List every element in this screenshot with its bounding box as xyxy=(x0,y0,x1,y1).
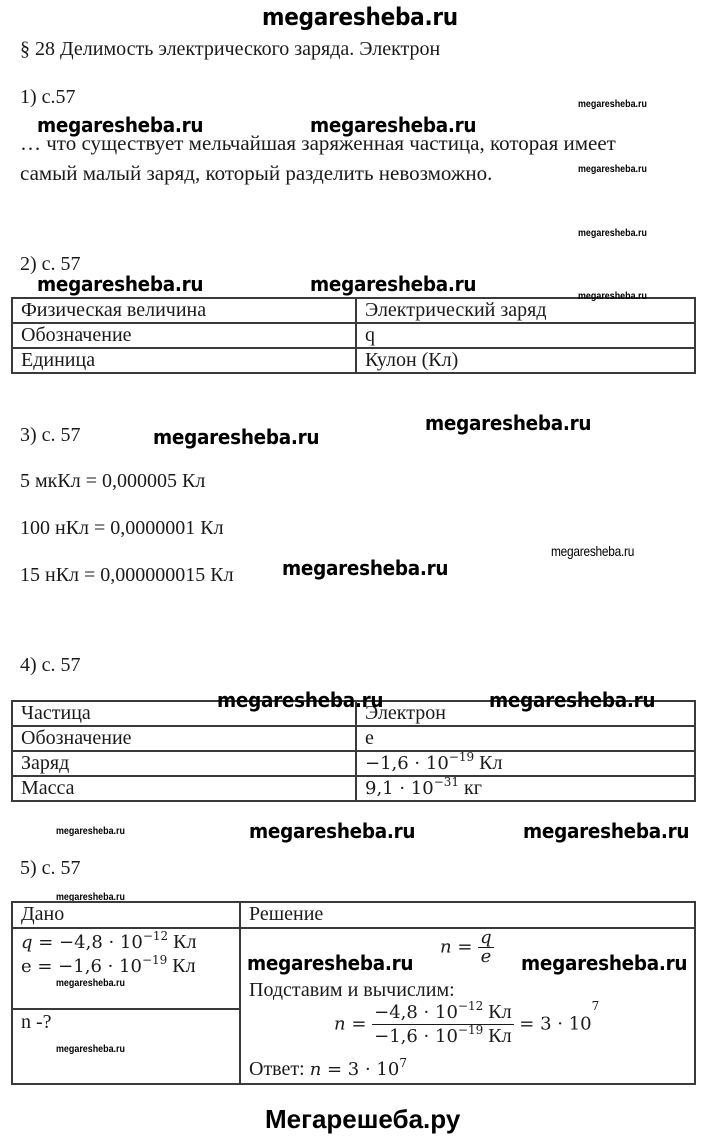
table-cell: q xyxy=(356,323,695,348)
given-e: e = −1,6 · 10−19 Кл xyxy=(21,955,196,978)
watermark: megaresheba.ru xyxy=(578,227,647,239)
watermark: megaresheba.ru xyxy=(425,411,591,435)
watermark: megaresheba.ru xyxy=(489,688,655,712)
table-cell: Кулон (Кл) xyxy=(356,348,695,373)
watermark: megaresheba.ru xyxy=(37,272,203,296)
solution-header: Решение xyxy=(249,903,323,926)
task4-label: 4) с. 57 xyxy=(20,654,81,677)
conversion-line: 100 нКл = 0,0000001 Кл xyxy=(20,517,224,540)
watermark: megaresheba.ru xyxy=(56,977,125,989)
task4-table: Частица Электрон Обозначение e Заряд −1,… xyxy=(11,700,696,802)
given-q: q = −4,8 · 10−12 Кл xyxy=(21,931,197,954)
watermark: megaresheba.ru xyxy=(578,163,647,175)
table-row: Обозначение e xyxy=(12,726,695,751)
watermark: megaresheba.ru xyxy=(551,543,634,559)
column-divider xyxy=(239,903,241,1083)
table-cell: Единица xyxy=(12,348,356,373)
task2-table: Физическая величина Электрический заряд … xyxy=(11,297,696,374)
watermark: megaresheba.ru xyxy=(247,951,413,975)
conversion-line: 5 мкКл = 0,000005 Кл xyxy=(20,470,205,493)
task5-table: Дано Решение q = −4,8 · 10−12 Кл e = −1,… xyxy=(11,901,696,1085)
task3-label: 3) с. 57 xyxy=(20,424,81,447)
table-cell: Обозначение xyxy=(12,726,356,751)
watermark: megaresheba.ru xyxy=(310,272,476,296)
table-row: Заряд −1,6 · 10−19 Кл xyxy=(12,751,695,776)
table-cell: e xyxy=(356,726,695,751)
task1-text-line1: … что существует мельчайшая заряженная ч… xyxy=(20,131,616,156)
table-cell: Обозначение xyxy=(12,323,356,348)
table-cell: Заряд xyxy=(12,751,356,776)
formula: n = qe xyxy=(440,929,494,966)
given-header: Дано xyxy=(21,903,64,926)
answer: Ответ: n = 3 · 107 xyxy=(249,1058,407,1081)
table-cell: 9,1 · 10−31 кг xyxy=(356,776,695,801)
conversion-line: 15 нКл = 0,000000015 Кл xyxy=(20,564,234,587)
task1-label: 1) с.57 xyxy=(20,86,76,109)
table-cell: −1,6 · 10−19 Кл xyxy=(356,751,695,776)
watermark-top: megaresheba.ru xyxy=(262,3,458,31)
row-divider xyxy=(13,1008,239,1010)
page-title: § 28 Делимость электрического заряда. Эл… xyxy=(20,38,440,61)
watermark: megaresheba.ru xyxy=(521,951,687,975)
watermark: megaresheba.ru xyxy=(249,819,415,843)
watermark: megaresheba.ru xyxy=(217,688,383,712)
find-value: n -? xyxy=(21,1011,52,1034)
watermark: megaresheba.ru xyxy=(56,825,125,837)
table-row: Обозначение q xyxy=(12,323,695,348)
table-row: Масса 9,1 · 10−31 кг xyxy=(12,776,695,801)
watermark: megaresheba.ru xyxy=(578,98,647,110)
substitute-label: Подставим и вычислим: xyxy=(249,979,455,1002)
watermark: megaresheba.ru xyxy=(523,819,689,843)
row-divider xyxy=(13,927,694,929)
table-cell: Физическая величина xyxy=(12,298,356,323)
task5-label: 5) с. 57 xyxy=(20,857,81,880)
watermark: megaresheba.ru xyxy=(282,556,448,580)
table-row: Единица Кулон (Кл) xyxy=(12,348,695,373)
watermark: megaresheba.ru xyxy=(153,425,319,449)
calculation: n = −4,8 · 10−12 Кл−1,6 · 10−19 Кл = 3 ·… xyxy=(334,1001,599,1048)
task1-text-line2: самый малый заряд, который разделить нев… xyxy=(20,161,492,186)
watermark: megaresheba.ru xyxy=(56,1043,125,1055)
watermark: megaresheba.ru xyxy=(578,290,647,302)
table-cell: Масса xyxy=(12,776,356,801)
footer-watermark: Мегарешеба.ру xyxy=(265,1104,460,1135)
